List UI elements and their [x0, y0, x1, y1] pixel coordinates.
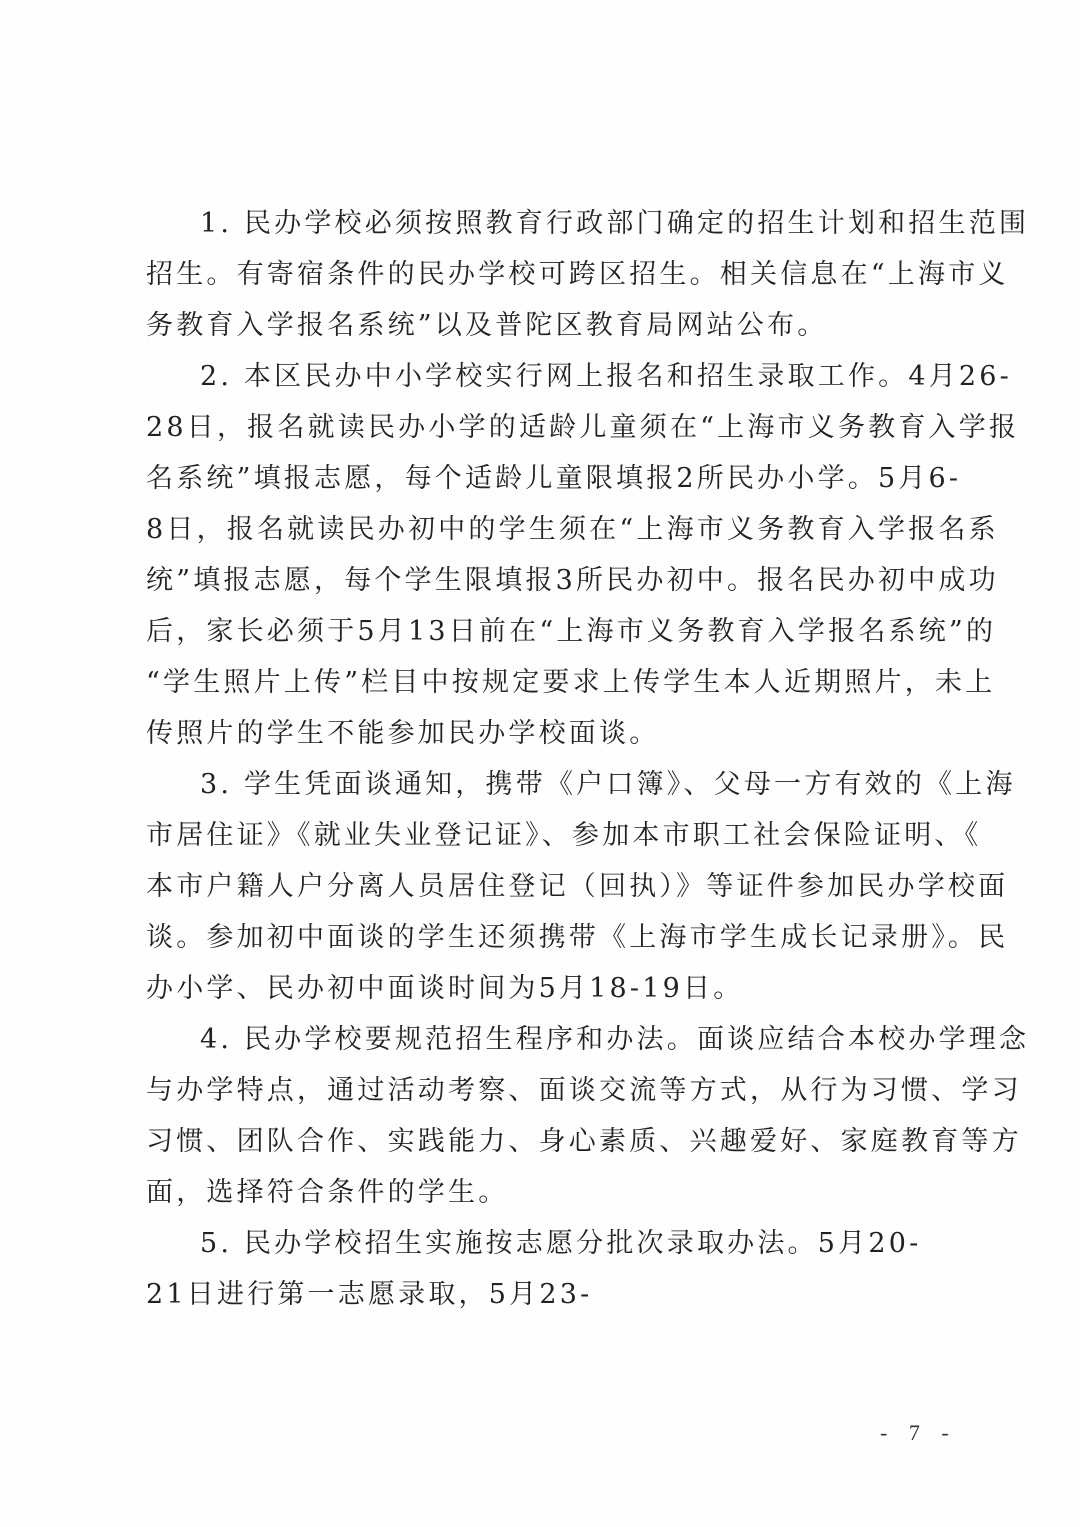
paragraph-3-line-2: 市居住证》《就业失业登记证》、参加本市职工社会保险证明、《	[146, 818, 981, 854]
paragraph-2-line-4: 8日，报名就读民办初中的学生须在“上海市义务教育入学报名系	[146, 512, 999, 548]
paragraph-2-line-1: 2. 本区民办中小学校实行网上报名和招生录取工作。4月26-	[200, 359, 1012, 395]
paragraph-3-line-5: 办小学、民办初中面谈时间为5月18-19日。	[146, 971, 743, 1007]
document-page: 1. 民办学校必须按照教育行政部门确定的招生计划和招生范围 招生。有寄宿条件的民…	[0, 0, 1080, 1527]
paragraph-1-line-2: 招生。有寄宿条件的民办学校可跨区招生。相关信息在“上海市义	[146, 257, 1009, 293]
paragraph-2-line-3: 名系统”填报志愿，每个适龄儿童限填报2所民办小学。5月6-	[146, 461, 961, 497]
paragraph-3-line-3: 本市户籍人户分离人员居住登记（回执）》等证件参加民办学校面	[146, 869, 1008, 905]
paragraph-2-line-6: 后，家长必须于5月13日前在“上海市义务教育入学报名系统”的	[146, 614, 996, 650]
paragraph-3-line-1: 3. 学生凭面谈通知，携带《户口簿》、父母一方有效的《上海	[200, 767, 1016, 803]
paragraph-2-line-8: 传照片的学生不能参加民办学校面谈。	[146, 716, 659, 752]
paragraph-5-line-2: 21日进行第一志愿录取，5月23-	[146, 1277, 592, 1313]
paragraph-1-line-3: 务教育入学报名系统”以及普陀区教育局网站公布。	[146, 308, 827, 344]
paragraph-4-line-4: 面，选择符合条件的学生。	[146, 1175, 508, 1211]
paragraph-4-line-2: 与办学特点，通过活动考察、面谈交流等方式，从行为习惯、学习	[146, 1073, 1022, 1109]
paragraph-2-line-5: 统”填报志愿，每个学生限填报3所民办初中。报名民办初中成功	[146, 563, 999, 599]
paragraph-2-line-7: “学生照片上传”栏目中按规定要求上传学生本人近期照片，未上	[146, 665, 995, 701]
paragraph-4-line-3: 习惯、团队合作、实践能力、身心素质、兴趣爱好、家庭教育等方	[146, 1124, 1022, 1160]
paragraph-2-line-2: 28日，报名就读民办小学的适龄儿童须在“上海市义务教育入学报	[146, 410, 1019, 446]
page-number: - 7 -	[880, 1420, 957, 1446]
paragraph-1-line-1: 1. 民办学校必须按照教育行政部门确定的招生计划和招生范围	[200, 206, 1029, 242]
paragraph-3-line-4: 谈。参加初中面谈的学生还须携带《上海市学生成长记录册》。民	[146, 920, 1008, 956]
paragraph-4-line-1: 4. 民办学校要规范招生程序和办法。面谈应结合本校办学理念	[200, 1022, 1029, 1058]
paragraph-5-line-1: 5. 民办学校招生实施按志愿分批次录取办法。5月20-	[200, 1226, 921, 1262]
